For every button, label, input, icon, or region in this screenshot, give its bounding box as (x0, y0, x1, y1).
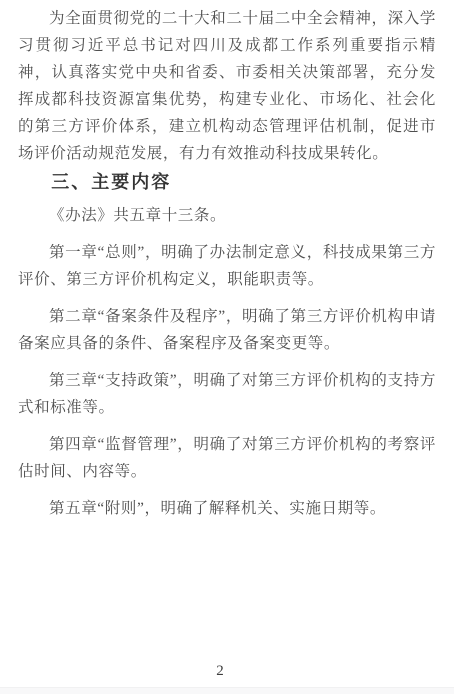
body-paragraph-chapter-5: 第五章“附则”，明确了解释机关、实施日期等。 (18, 495, 436, 522)
document-page: 为全面贯彻党的二十大和二十届二中全会精神，深入学习贯彻习近平总书记对四川及成都工… (0, 0, 454, 694)
body-paragraph-chapter-4: 第四章“监督管理”，明确了对第三方评价机构的考察评估时间、内容等。 (18, 431, 436, 485)
page-bottom-edge (0, 687, 454, 694)
body-paragraph-chapter-1: 第一章“总则”，明确了办法制定意义，科技成果第三方评价、第三方评价机构定义，职能… (18, 239, 436, 293)
page-number: 2 (0, 660, 440, 682)
body-paragraph-summary: 《办法》共五章十三条。 (18, 202, 436, 229)
body-paragraph-chapter-2: 第二章“备案条件及程序”，明确了第三方评价机构申请备案应具备的条件、备案程序及备… (18, 303, 436, 357)
section-heading: 三、主要内容 (18, 169, 436, 196)
body-paragraph-chapter-3: 第三章“支持政策”，明确了对第三方评价机构的支持方式和标准等。 (18, 367, 436, 421)
intro-paragraph: 为全面贯彻党的二十大和二十届二中全会精神，深入学习贯彻习近平总书记对四川及成都工… (18, 5, 436, 167)
